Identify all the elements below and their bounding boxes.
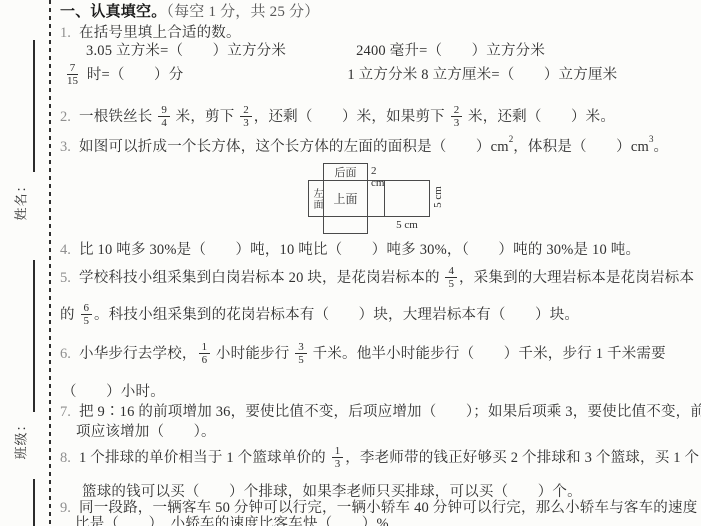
dimension-5cm-right: 5 cm (432, 183, 444, 211)
binding-line-segment (33, 40, 35, 172)
text-run: 。科技小组采集到的花岗岩标本有（ ）块，大理岩标本有（ ）块。 (94, 307, 579, 323)
net-cell-left: 左面 (308, 180, 324, 217)
binding-line-segment (33, 260, 35, 412)
fraction: 23 (451, 104, 463, 129)
net-cell-top: 上面 (323, 180, 368, 217)
text-run: ，还剩（ ）米，如果剪下 (254, 109, 449, 125)
fraction-denominator: 6 (199, 354, 211, 366)
binding-line-segment (33, 479, 35, 526)
fraction: 45 (445, 265, 457, 290)
text-run: 如图可以折成一个长方体，这个长方体的左面的面积是（ ）cm (79, 139, 509, 155)
fraction-numerator: 6 (81, 302, 93, 315)
question-line: 3.05 立方米=（ ）立方分米2400 毫升=（ ）立方分米 (60, 41, 545, 61)
text-run: 米，剪下 (172, 109, 238, 125)
text-run: 小时能步行 (212, 346, 293, 362)
question-line: 2.一根铁丝长 94 米，剪下 23，还剩（ ）米，如果剪下 23 米，还剩（ … (60, 105, 615, 130)
top-face-label: 上面 (333, 190, 357, 207)
text-run: 比 10 吨多 30%是（ ）吨，10 吨比（ ）吨多 30%，（ ）吨的 30… (79, 242, 640, 258)
net-cell-right-wide (384, 180, 430, 217)
superscript: 3 (649, 134, 654, 144)
fraction: 16 (199, 341, 211, 366)
fraction-denominator: 3 (332, 458, 344, 470)
text-run: 小华步行去学校， (79, 346, 197, 362)
text-run: ，采集到的大理岩标本是花岗岩标本 (459, 270, 694, 286)
fraction-denominator: 15 (64, 75, 81, 87)
net-cell-back: 后面 (323, 163, 368, 181)
text-run: 项应该增加（ ）。 (76, 424, 216, 440)
fraction-denominator: 3 (240, 117, 252, 129)
text-run: 千米。他半小时能步行（ ）千米，步行 1 千米需要 (309, 346, 666, 362)
fraction-numerator: 2 (240, 104, 252, 117)
student-class-label: 班级： (11, 416, 30, 462)
question-line: 8.1 个排球的单价相当于 1 个篮球单价的 13，李老师带的钱正好够买 2 个… (60, 446, 699, 471)
question-line: （ ）小时。 (60, 382, 165, 402)
text-run: 的 (60, 307, 79, 323)
fraction-denominator: 5 (295, 354, 307, 366)
superscript: 2 (509, 134, 514, 144)
back-face-label: 后面 (335, 164, 357, 180)
binding-dashed-line (49, 0, 51, 526)
column-gap (286, 54, 356, 55)
question-number: 4. (60, 240, 77, 260)
text-run: ，李老师带的钱正好够买 2 个排球和 3 个篮球，买 1 个 (345, 450, 699, 466)
question-line: 6.小华步行去学校，16 小时能步行 35 千米。他半小时能步行（ ）千米，步行… (60, 342, 666, 367)
question-line: 5.学校科技小组采集到白岗岩标本 20 块，是花岗岩标本的 45，采集到的大理岩… (60, 266, 694, 291)
fraction-denominator: 3 (451, 117, 463, 129)
question-line: 3.如图可以折成一个长方体，这个长方体的左面的面积是（ ）cm2，体积是（ ）c… (60, 137, 668, 157)
left-face-label: 左面 (311, 188, 321, 210)
fraction: 23 (240, 104, 252, 129)
fraction: 13 (332, 445, 344, 470)
fraction: 35 (295, 341, 307, 366)
section-title: 一、认真填空。（每空 1 分，共 25 分） (60, 2, 319, 22)
text-run: 时=（ ）分 (83, 67, 183, 83)
column-gap (183, 78, 347, 79)
question-line: 的 65。科技小组采集到的花岗岩标本有（ ）块，大理岩标本有（ ）块。 (60, 303, 579, 328)
text-run: 一根铁丝长 (79, 109, 156, 125)
fraction-numerator: 4 (445, 265, 457, 278)
text-run: （每空 1 分，共 25 分） (166, 4, 319, 20)
fraction: 94 (158, 104, 170, 129)
text-run: 米，还剩（ ）米。 (464, 109, 615, 125)
text-run: 学校科技小组采集到白岗岩标本 20 块，是花岗岩标本的 (79, 270, 443, 286)
text-run: （ ）小时。 (62, 384, 165, 400)
dimension-2cm: 2 cm (371, 165, 384, 189)
exam-paper: 姓名： 班级： 一、认真填空。（每空 1 分，共 25 分）1.在括号里填上合适… (0, 0, 701, 526)
question-number: 1. (60, 23, 77, 43)
question-line: 项应该增加（ ）。 (60, 422, 216, 442)
fraction-numerator: 1 (199, 341, 211, 354)
questions: 一、认真填空。（每空 1 分，共 25 分）1.在括号里填上合适的数。3.05 … (60, 0, 695, 526)
fraction-numerator: 7 (67, 62, 79, 75)
net-cell-front (323, 216, 368, 234)
question-line: 7.把 9∶16 的前项增加 36，要使比值不变，后项应增加（ ）；如果后项乘 … (60, 402, 701, 422)
question-number: 7. (60, 402, 77, 422)
fraction-numerator: 3 (295, 341, 307, 354)
question-number: 3. (60, 137, 77, 157)
text-run: 1 立方分米 8 立方厘米=（ ）立方厘米 (347, 67, 617, 83)
fraction: 65 (81, 302, 93, 327)
text-run: 一、认真填空。 (60, 4, 166, 20)
text-run: 1 个排球的单价相当于 1 个篮球单价的 (79, 450, 330, 466)
fraction-numerator: 9 (158, 104, 170, 117)
question-line: 715 时=（ ）分1 立方分米 8 立方厘米=（ ）立方厘米 (60, 63, 617, 88)
fraction-numerator: 1 (332, 445, 344, 458)
question-number: 5. (60, 268, 77, 288)
question-line: 1.在括号里填上合适的数。 (60, 23, 241, 43)
text-run: ，体积是（ ）cm (513, 139, 649, 155)
question-number: 8. (60, 448, 77, 468)
question-line: 4.比 10 吨多 30%是（ ）吨，10 吨比（ ）吨多 30%，（ ）吨的 … (60, 240, 640, 260)
fraction-denominator: 5 (81, 315, 93, 327)
text-run: 。 (653, 139, 668, 155)
question-number: 2. (60, 107, 77, 127)
fraction-numerator: 2 (451, 104, 463, 117)
text-run: 在括号里填上合适的数。 (79, 25, 241, 41)
fraction-denominator: 4 (158, 117, 170, 129)
question-line: 比是（ ），小轿车的速度比客车快（ ）% (60, 514, 389, 526)
question-number: 6. (60, 344, 77, 364)
text-run: 2400 毫升=（ ）立方分米 (356, 43, 545, 59)
fraction-denominator: 5 (445, 278, 457, 290)
text-run: 比是（ ），小轿车的速度比客车快（ ）% (75, 516, 389, 526)
dimension-5cm-bottom: 5 cm (384, 219, 430, 231)
fraction: 715 (64, 62, 81, 87)
student-name-label: 姓名： (11, 177, 30, 223)
text-run: 3.05 立方米=（ ）立方分米 (86, 43, 286, 59)
text-run: 把 9∶16 的前项增加 36，要使比值不变，后项应增加（ ）；如果后项乘 3，… (79, 404, 701, 420)
